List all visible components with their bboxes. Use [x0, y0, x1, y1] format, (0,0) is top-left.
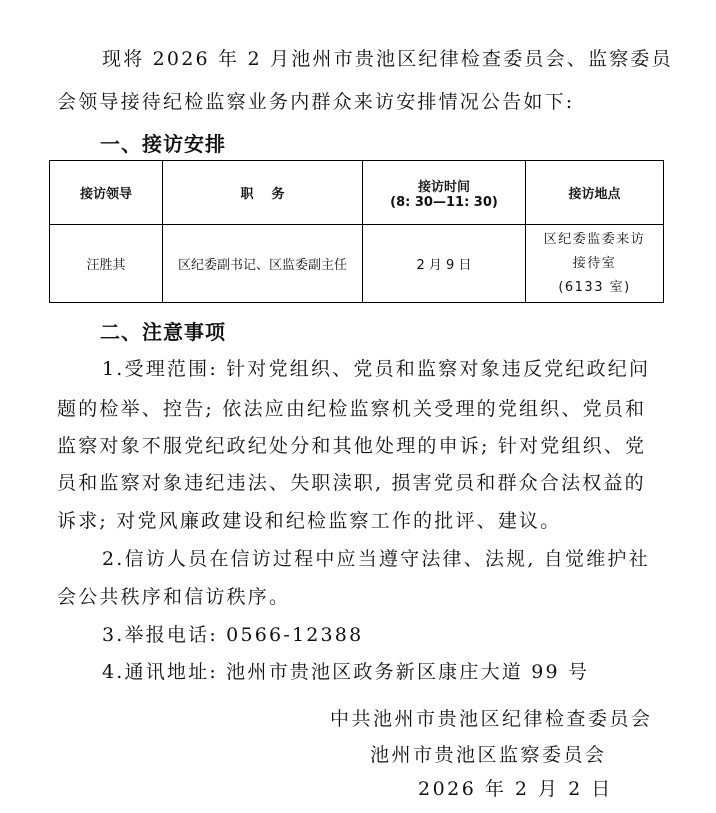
cell-location: 区纪委监委来访 接待室 (6133 室) [526, 225, 664, 303]
note-line-3: 监察对象不服党纪政纪处分和其他处理的申诉; 针对党组织、党 [57, 431, 646, 458]
note-line-2: 题的检举、控告; 依法应由纪检监察机关受理的党组织、党员和 [57, 394, 646, 421]
header-leader: 接访领导 [50, 161, 163, 225]
cell-position: 区纪委副书记、区监委副主任 [163, 225, 363, 303]
location-line-3: (6133 室) [526, 276, 663, 300]
signature-org-2: 池州市贵池区监察委员会 [370, 740, 607, 767]
note-line-5: 诉求; 对党风廉政建设和纪检监察工作的批评、建议。 [57, 506, 561, 533]
signature-org-1: 中共池州市贵池区纪律检查委员会 [330, 704, 653, 731]
note-line-8-phone: 3.举报电话: 0566-12388 [102, 620, 363, 647]
note-line-4: 员和监察对象违纪违法、失职渎职, 损害党员和群众合法权益的 [57, 468, 646, 495]
note-line-7: 会公共秩序和信访秩序。 [57, 582, 290, 609]
header-location: 接访地点 [526, 161, 664, 225]
note-line-9-address: 4.通讯地址: 池州市贵池区政务新区康庄大道 99 号 [102, 657, 589, 684]
section-heading-notes: 二、注意事项 [100, 316, 226, 345]
location-line-2: 接待室 [526, 252, 663, 276]
header-time-label: 接访时间 [363, 176, 525, 195]
note-line-6: 2.信访人员在信访过程中应当遵守法律、法规, 自觉维护社 [102, 544, 650, 571]
signature-date: 2026 年 2 月 2 日 [418, 774, 613, 801]
intro-line-2: 会领导接待纪检监察业务内群众来访安排情况公告如下: [57, 87, 574, 114]
table-header-row: 接访领导 职 务 接访时间 (8: 30—11: 30) 接访地点 [50, 161, 664, 225]
location-line-1: 区纪委监委来访 [526, 228, 663, 252]
note-line-1: 1.受理范围: 针对党组织、党员和监察对象违反党纪政纪问 [102, 354, 650, 381]
table-row: 汪胜其 区纪委副书记、区监委副主任 2 月 9 日 区纪委监委来访 接待室 (6… [50, 225, 664, 303]
intro-line-1: 现将 2026 年 2 月池州市贵池区纪律检查委员会、监察委员 [102, 44, 673, 71]
header-position: 职 务 [163, 161, 363, 225]
cell-leader: 汪胜其 [50, 225, 163, 303]
header-time: 接访时间 (8: 30—11: 30) [363, 161, 526, 225]
section-heading-arrangement: 一、接访安排 [100, 128, 226, 157]
cell-date: 2 月 9 日 [363, 225, 526, 303]
header-time-range: (8: 30—11: 30) [363, 195, 525, 210]
reception-schedule-table: 接访领导 职 务 接访时间 (8: 30—11: 30) 接访地点 汪胜其 区纪… [49, 160, 664, 303]
